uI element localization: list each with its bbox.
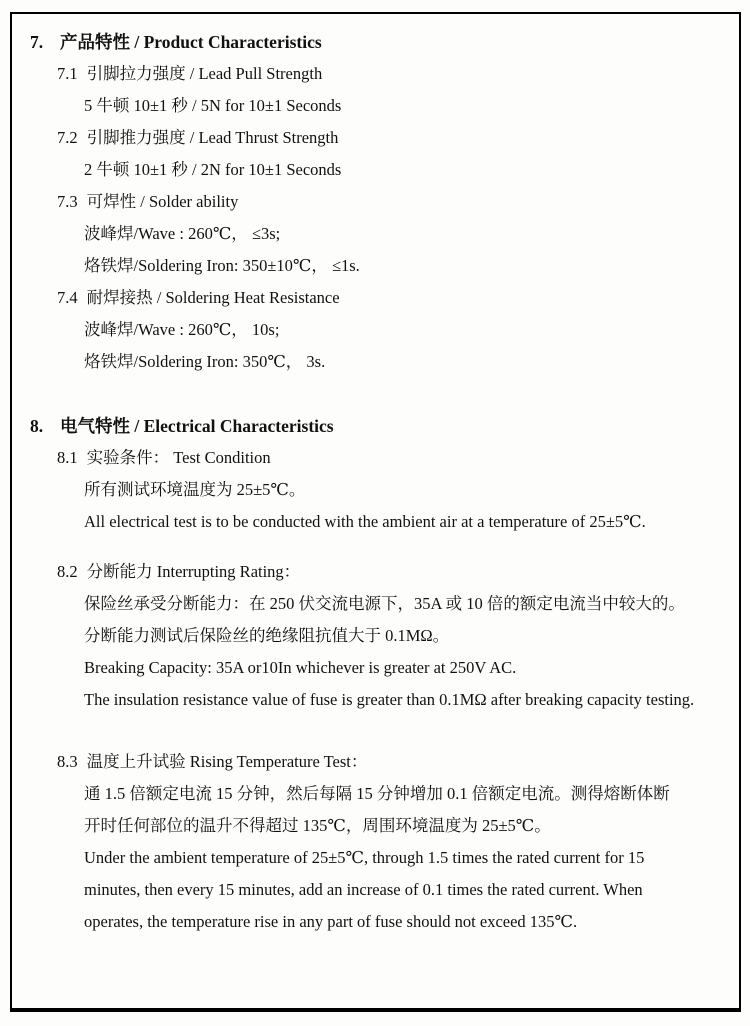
item-7-1-heading: 7.1引脚拉力强度 / Lead Pull Strength [12,58,739,90]
item-7-4-body-line: 波峰焊/Wave : 260℃， 10s; [12,314,739,346]
item-8-1-number: 8.1 [57,442,78,474]
item-7-2-body-line: 2 牛顿 10±1 秒 / 2N for 10±1 Seconds [12,154,739,186]
item-8-1-body-line: 所有测试环境温度为 25±5℃。 [12,474,739,506]
item-7-1-number: 7.1 [57,58,78,90]
item-7-3-body-line: 波峰焊/Wave : 260℃， ≤3s; [12,218,739,250]
item-8-2-heading: 8.2分断能力 Interrupting Rating： [12,556,739,588]
section-8-number: 8. [30,410,50,442]
item-8-3-body-line: Under the ambient temperature of 25±5℃, … [12,842,739,874]
item-7-2-heading: 7.2引脚推力强度 / Lead Thrust Strength [12,122,739,154]
item-8-2-body-line: 分断能力测试后保险丝的绝缘阻抗值大于 0.1MΩ。 [12,620,739,652]
item-8-2-body-line: 保险丝承受分断能力：在 250 伏交流电源下，35A 或 10 倍的额定电流当中… [12,588,739,620]
item-8-3-heading: 8.3温度上升试验 Rising Temperature Test： [12,746,739,778]
item-8-3-title: 温度上升试验 Rising Temperature Test： [87,752,368,771]
item-7-3-title: 可焊性 / Solder ability [87,192,239,211]
item-8-2-body-line: Breaking Capacity: 35A or10In whichever … [12,652,739,684]
item-7-4-heading: 7.4耐焊接热 / Soldering Heat Resistance [12,282,739,314]
item-8-3-number: 8.3 [57,746,78,778]
item-8-1-title: 实验条件： Test Condition [87,448,271,467]
page-content: 7.产品特性 / Product Characteristics 7.1引脚拉力… [12,12,739,938]
item-8-3-body-line: minutes, then every 15 minutes, add an i… [12,874,739,906]
section-7-title: 产品特性 / Product Characteristics [60,32,322,52]
item-7-3-heading: 7.3可焊性 / Solder ability [12,186,739,218]
section-8-title: 电气特性 / Electrical Characteristics [60,416,334,436]
item-7-3-body-line: 烙铁焊/Soldering Iron: 350±10℃， ≤1s. [12,250,739,282]
item-7-4-number: 7.4 [57,282,78,314]
item-7-2-title: 引脚推力强度 / Lead Thrust Strength [87,128,339,147]
item-7-2-number: 7.2 [57,122,78,154]
item-8-2-title: 分断能力 Interrupting Rating： [87,562,301,581]
item-8-2-body-line: The insulation resistance value of fuse … [12,684,739,716]
item-8-3-body-line: 开时任何部位的温升不得超过 135℃，周围环境温度为 25±5℃。 [12,810,739,842]
section-7-number: 7. [30,26,50,58]
item-7-1-body-line: 5 牛顿 10±1 秒 / 5N for 10±1 Seconds [12,90,739,122]
item-7-1-title: 引脚拉力强度 / Lead Pull Strength [87,64,323,83]
item-7-4-title: 耐焊接热 / Soldering Heat Resistance [87,288,340,307]
item-7-3-number: 7.3 [57,186,78,218]
item-7-4-body-line: 烙铁焊/Soldering Iron: 350℃， 3s. [12,346,739,378]
section-8-heading: 8.电气特性 / Electrical Characteristics [12,410,739,442]
document-page: 7.产品特性 / Product Characteristics 7.1引脚拉力… [0,0,750,1026]
item-8-3-body-line: operates, the temperature rise in any pa… [12,906,739,938]
section-7-heading: 7.产品特性 / Product Characteristics [12,26,739,58]
item-8-1-heading: 8.1实验条件： Test Condition [12,442,739,474]
item-8-1-body-line: All electrical test is to be conducted w… [12,506,739,538]
item-8-2-number: 8.2 [57,556,78,588]
item-8-3-body-line: 通 1.5 倍额定电流 15 分钟，然后每隔 15 分钟增加 0.1 倍额定电流… [12,778,739,810]
